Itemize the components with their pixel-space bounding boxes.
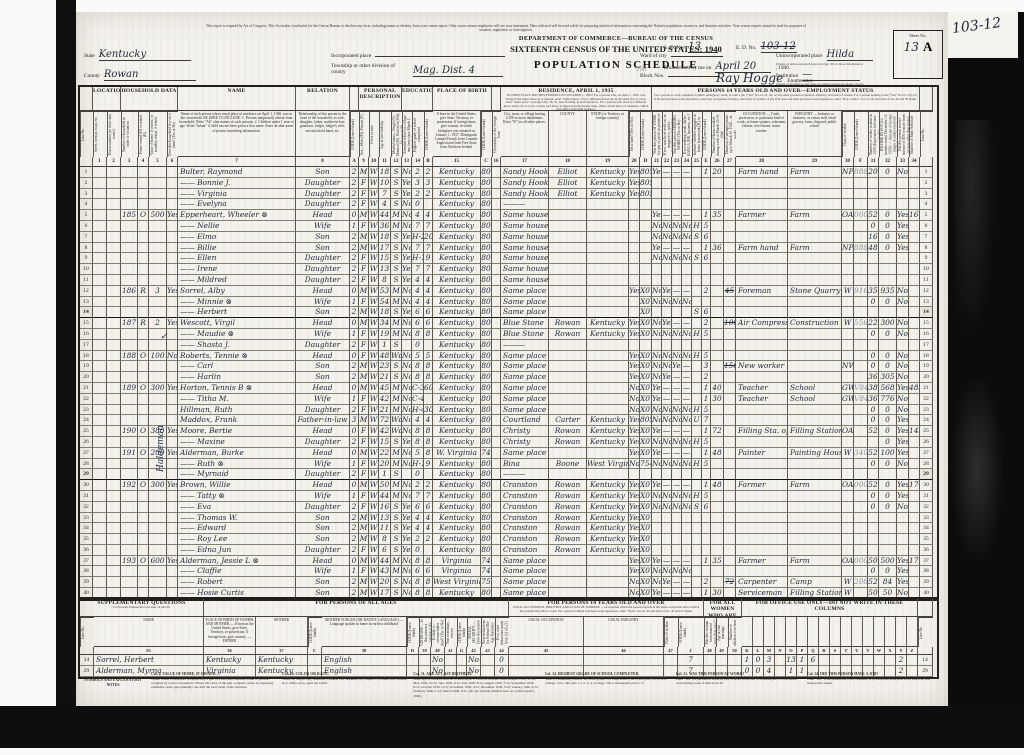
cell: 19 [80,361,93,372]
cell: 0 [868,502,879,513]
ed-value: 103-12 [761,41,797,53]
cell [702,275,711,286]
cell [909,167,920,178]
cell: No [402,491,412,502]
cell: 167 [909,210,920,221]
cell [868,307,879,318]
cell: No [662,502,672,513]
cell: 7 [678,655,704,666]
cell [711,459,724,470]
cell: 0 [350,286,359,297]
cell: 4 [412,297,424,308]
column-number: V [863,647,874,655]
column-number: K [742,647,753,655]
cell: 30 [920,480,933,491]
cell [842,297,854,308]
cell: — [662,243,672,254]
cell [407,655,419,666]
cell: 7 [80,232,93,243]
cell: 80 [481,426,492,437]
cell: Same place [501,372,549,383]
cell: Boone [549,459,587,470]
cell [492,167,501,178]
cell [842,199,854,210]
cell [682,469,692,480]
cell [662,178,672,189]
note-block: Col. 24. DID THIS PERSON HAVE A JOB?Ente… [807,672,935,704]
cell: 3 [350,415,359,426]
cell [868,437,879,448]
cell [121,405,138,416]
cell [692,426,702,437]
cell: O [138,556,149,567]
cell: 190 [121,426,138,437]
cell: No [662,253,672,264]
cell: 80 [481,491,492,502]
cell: No [662,361,672,372]
cell [492,189,501,200]
cell [724,264,736,275]
cell: 5 [424,351,433,362]
column-head: SOCIAL SECURITY — Does this person have … [467,617,481,647]
cell: 2 [350,577,359,588]
cell: M [359,480,369,491]
column-head: CODE (Leave blank) [481,111,492,157]
enumerator-signature: Ray Hogge [716,71,783,86]
cell [107,199,121,210]
cell [492,178,501,189]
cell: 0 [879,566,897,577]
cell [652,340,662,351]
cell: No [402,329,412,340]
column-number [920,157,933,167]
cell [587,275,629,286]
cell: 189 [121,383,138,394]
cell [107,437,121,448]
cell: F [359,469,369,480]
margin-checkmark: ✓ [160,332,168,342]
cell: — [672,383,682,394]
cell: X0V2 [640,480,652,491]
cell: — [682,426,692,437]
cell [492,307,501,318]
cell: 1 [702,556,711,567]
cell: 80 [481,383,492,394]
cell: 5 [920,210,933,221]
cell [662,513,672,524]
cell [724,253,736,264]
cell: 485 [909,383,920,394]
cell [107,415,121,426]
group-header [80,87,93,111]
note-block: Col. 21. WAS THIS PERSON AT WORK?Enter "… [676,672,804,704]
cell: Kentucky [587,415,629,426]
cell: W [369,491,379,502]
cell: 23 [80,405,93,416]
cell: Elliot [549,178,587,189]
cell: Yes [652,556,662,567]
table-row: 34—— EdwardSon2MW11SYes44Kentucky80Crans… [80,523,937,534]
cell [711,232,724,243]
table-row: 23Hillman, RuthDaughter2FW21MNoH-430Kent… [80,405,937,416]
cell [736,513,788,524]
cell [93,275,107,286]
cell [93,253,107,264]
cell [121,340,138,351]
cell: 2 [350,502,359,513]
cell: 8 [424,361,433,372]
cell [640,243,652,254]
cell: 7 [702,415,711,426]
unincorporated-value: Hilda [827,49,873,61]
cell [167,243,178,254]
cell: F [359,340,369,351]
cell: Farm [788,243,842,254]
margin-script: Haldeman [156,425,166,472]
cell: 5 [702,491,711,502]
cell [167,545,178,556]
cell [457,655,467,666]
cell: 8 [379,534,391,545]
cell: 6 [424,318,433,329]
column-head: OCCUPATION — Trade, profession, or parti… [736,111,788,157]
cell [854,351,868,362]
cell [854,253,868,264]
cell [724,383,736,394]
cell: 100 [879,448,897,459]
cell: 4 [412,210,424,221]
cell [149,502,167,513]
cell [788,221,842,232]
cell [711,329,724,340]
cell: Kentucky [587,545,629,556]
cell: F [359,329,369,340]
cell: 48 [711,448,724,459]
cell: 4 [424,286,433,297]
cell [692,372,702,383]
cell: 13 [786,655,797,666]
cell: 8 [424,448,433,459]
cell [107,243,121,254]
cell: 8 [412,577,424,588]
cell [879,469,897,480]
cell [854,297,868,308]
group-header: PERSONS 14 YEARS OLD AND OVER—EMPLOYMENT… [652,87,920,111]
cell: Kentucky [433,232,481,243]
column-number: N [775,647,786,655]
cell: Elliot [549,189,587,200]
cell [662,264,672,275]
cell: 1 [797,655,808,666]
cell: — [662,448,672,459]
cell [736,275,788,286]
cell [492,437,501,448]
cell: —— Ruth ⊗ [178,459,296,470]
cell [492,297,501,308]
cell: — [662,167,672,178]
cell: 22 [920,394,933,405]
cell: 23 [379,361,391,372]
cell [863,655,874,666]
cell [107,178,121,189]
cell: No [682,502,692,513]
cell: No [682,297,692,308]
cell [909,405,920,416]
cell: Teacher [736,383,788,394]
cell [93,297,107,308]
cell: 0 [868,361,879,372]
cell: W [369,534,379,545]
cell: No [682,329,692,340]
county-label: County [84,73,100,79]
cell: 0 [868,405,879,416]
cell: Rowan [549,329,587,340]
cell: 7 [412,221,424,232]
cell [629,243,640,254]
cell: X0V2 [640,523,652,534]
cell: W [369,372,379,383]
cell: W [842,577,854,588]
cell: No [652,351,662,362]
cell: 6 [702,307,711,318]
cell [121,523,138,534]
cell [775,655,786,666]
cell: Son [296,577,350,588]
cell: 8052 [640,415,652,426]
column-number: 29 [788,157,842,167]
column-number: C [481,157,492,167]
column-number: 31 [868,157,879,167]
cell: F [359,405,369,416]
cell: 37 [80,556,93,567]
cell [149,491,167,502]
cell: Yes [652,448,662,459]
table-row: 13—— Minnie ⊗Wife1FW54MNo44Kentucky80Sam… [80,297,937,308]
cell: Head [296,318,350,329]
cell [93,286,107,297]
cell: Alderman, Jessie L ⊗ [178,556,296,567]
cell: 5 [702,329,711,340]
cell [736,502,788,513]
cell [692,264,702,275]
cell: H [692,405,702,416]
cell: 2 [350,513,359,524]
note-block: Col. 10. COLOR OR RACE.White W; Negro Ne… [282,672,410,704]
column-head: INDUSTRY — Industry or business, as cott… [788,111,842,157]
column-number: 33 [897,157,909,167]
cell: 2 [412,167,424,178]
cell [711,199,724,210]
cell: 1 [702,426,711,437]
cell: 33 [920,513,933,524]
column-head: PLACE OF BIRTH OF FATHER AND MOTHER — If… [204,617,256,647]
cell [724,556,736,567]
cell: W [369,523,379,534]
cell: F [359,264,369,275]
cell: M [391,556,402,567]
cell: English [322,655,407,666]
cell: Yes [167,286,178,297]
cell: 12 [80,286,93,297]
cell [854,189,868,200]
cell [492,415,501,426]
cell [167,513,178,524]
cell: 13 [80,297,93,308]
cell [662,189,672,200]
cell: Yes [402,513,412,524]
cell: No [402,210,412,221]
cell [909,178,920,189]
scan-bottom-border [0,706,1024,748]
cell: 2 [350,372,359,383]
column-head: Attended school or college any time sinc… [402,111,412,157]
cell [702,534,711,545]
cell: 1 [742,655,753,666]
cell: Rowan [549,523,587,534]
cell [138,513,149,524]
cell: 8 [424,372,433,383]
cell [842,469,854,480]
table-row: 29—— MyrnaidDaughter2FW1S0Kentucky80———2… [80,469,937,480]
cell: H [692,491,702,502]
cell: 36 [868,372,879,383]
column-head: MOTHER TONGUE (OR NATIVE LANGUAGE) — Lan… [322,617,407,647]
cell [93,221,107,232]
cell: Son [296,232,350,243]
cell [121,469,138,480]
cell: 171 [909,556,920,567]
cell: 19 [379,329,391,340]
cell [711,502,724,513]
cell: Kentucky [433,243,481,254]
column-number: 39 [419,647,431,655]
cell: 0 [350,448,359,459]
column-head: STATE (or Territory or foreign country) [587,111,629,157]
cell: Kentucky [433,534,481,545]
cell: 2 [350,534,359,545]
cell: 3 [920,189,933,200]
cell: 80 [481,243,492,254]
group-header: SUPPLEMENTARY QUESTIONSFor Persons Enume… [80,599,204,617]
cell [549,372,587,383]
cell: — [672,480,682,491]
cell: Wd [391,351,402,362]
cell: No [682,415,692,426]
cell: 10 [920,264,933,275]
cell [868,264,879,275]
cell: —— Carl [178,361,296,372]
cell: 6 [808,655,819,666]
table-row: 6—— NellieWife1FW36MNo77Kentucky80Same h… [80,221,937,232]
column-head: If not seeking work, did he HAVE A JOB, … [682,111,692,157]
cell: 18 [379,167,391,178]
cell [842,502,854,513]
cell [138,523,149,534]
cell [711,275,724,286]
cell [909,318,920,329]
cell: No [662,405,672,416]
cell [587,383,629,394]
cell [167,491,178,502]
cell: 0 [879,426,897,437]
cell [909,491,920,502]
cell: No [402,556,412,567]
cell [93,329,107,340]
cell: H [692,459,702,470]
cell: F [359,297,369,308]
column-number: 44 [495,647,509,655]
cell: 18 [80,351,93,362]
column-head [841,617,852,647]
column-head: City, town, or village having 2,500 or m… [501,111,549,157]
cell: 36 [868,394,879,405]
cell: Yes [897,383,909,394]
cell: 3 [149,286,167,297]
cell [107,577,121,588]
cell: No [897,286,909,297]
cell [107,361,121,372]
cell: 42 [379,426,391,437]
cell: 22 [80,394,93,405]
cell: 7 [920,232,933,243]
cell: 14 [920,307,933,318]
cell: Yes [897,480,909,491]
cell: 14 [80,655,94,666]
cell: 7 [424,491,433,502]
cell: Virginia [433,566,481,577]
cell: 0 [495,655,509,666]
cell [662,523,672,534]
cell: S [391,513,402,524]
cell [121,502,138,513]
cell: — [682,480,692,491]
cell [587,566,629,577]
cell [149,264,167,275]
cell [640,199,652,210]
cell [724,167,736,178]
cell: Yes [629,372,640,383]
column-head [786,617,797,647]
cell [138,167,149,178]
cell [909,351,920,362]
cell: F [359,459,369,470]
cell [854,513,868,524]
cell [93,513,107,524]
cell: S [391,437,402,448]
cell [842,264,854,275]
cell: 0 [879,210,897,221]
cell [724,243,736,254]
cell: Elliot [549,167,587,178]
column-head: CODE (Leave blank) [424,111,433,157]
cell [492,426,501,437]
cell: 8 [412,556,424,567]
cell: 340 V9 [854,448,868,459]
cell [842,491,854,502]
cell [138,415,149,426]
cell: Same place [501,307,549,318]
cell [167,264,178,275]
column-head: Was this person SEEKING WORK? (Yes or No… [672,111,682,157]
cell [629,307,640,318]
cell [549,307,587,318]
cell [107,232,121,243]
column-number: 27 [724,157,736,167]
cell: 7 [412,491,424,502]
cell: No [402,221,412,232]
cell [492,199,501,210]
cell [736,566,788,577]
